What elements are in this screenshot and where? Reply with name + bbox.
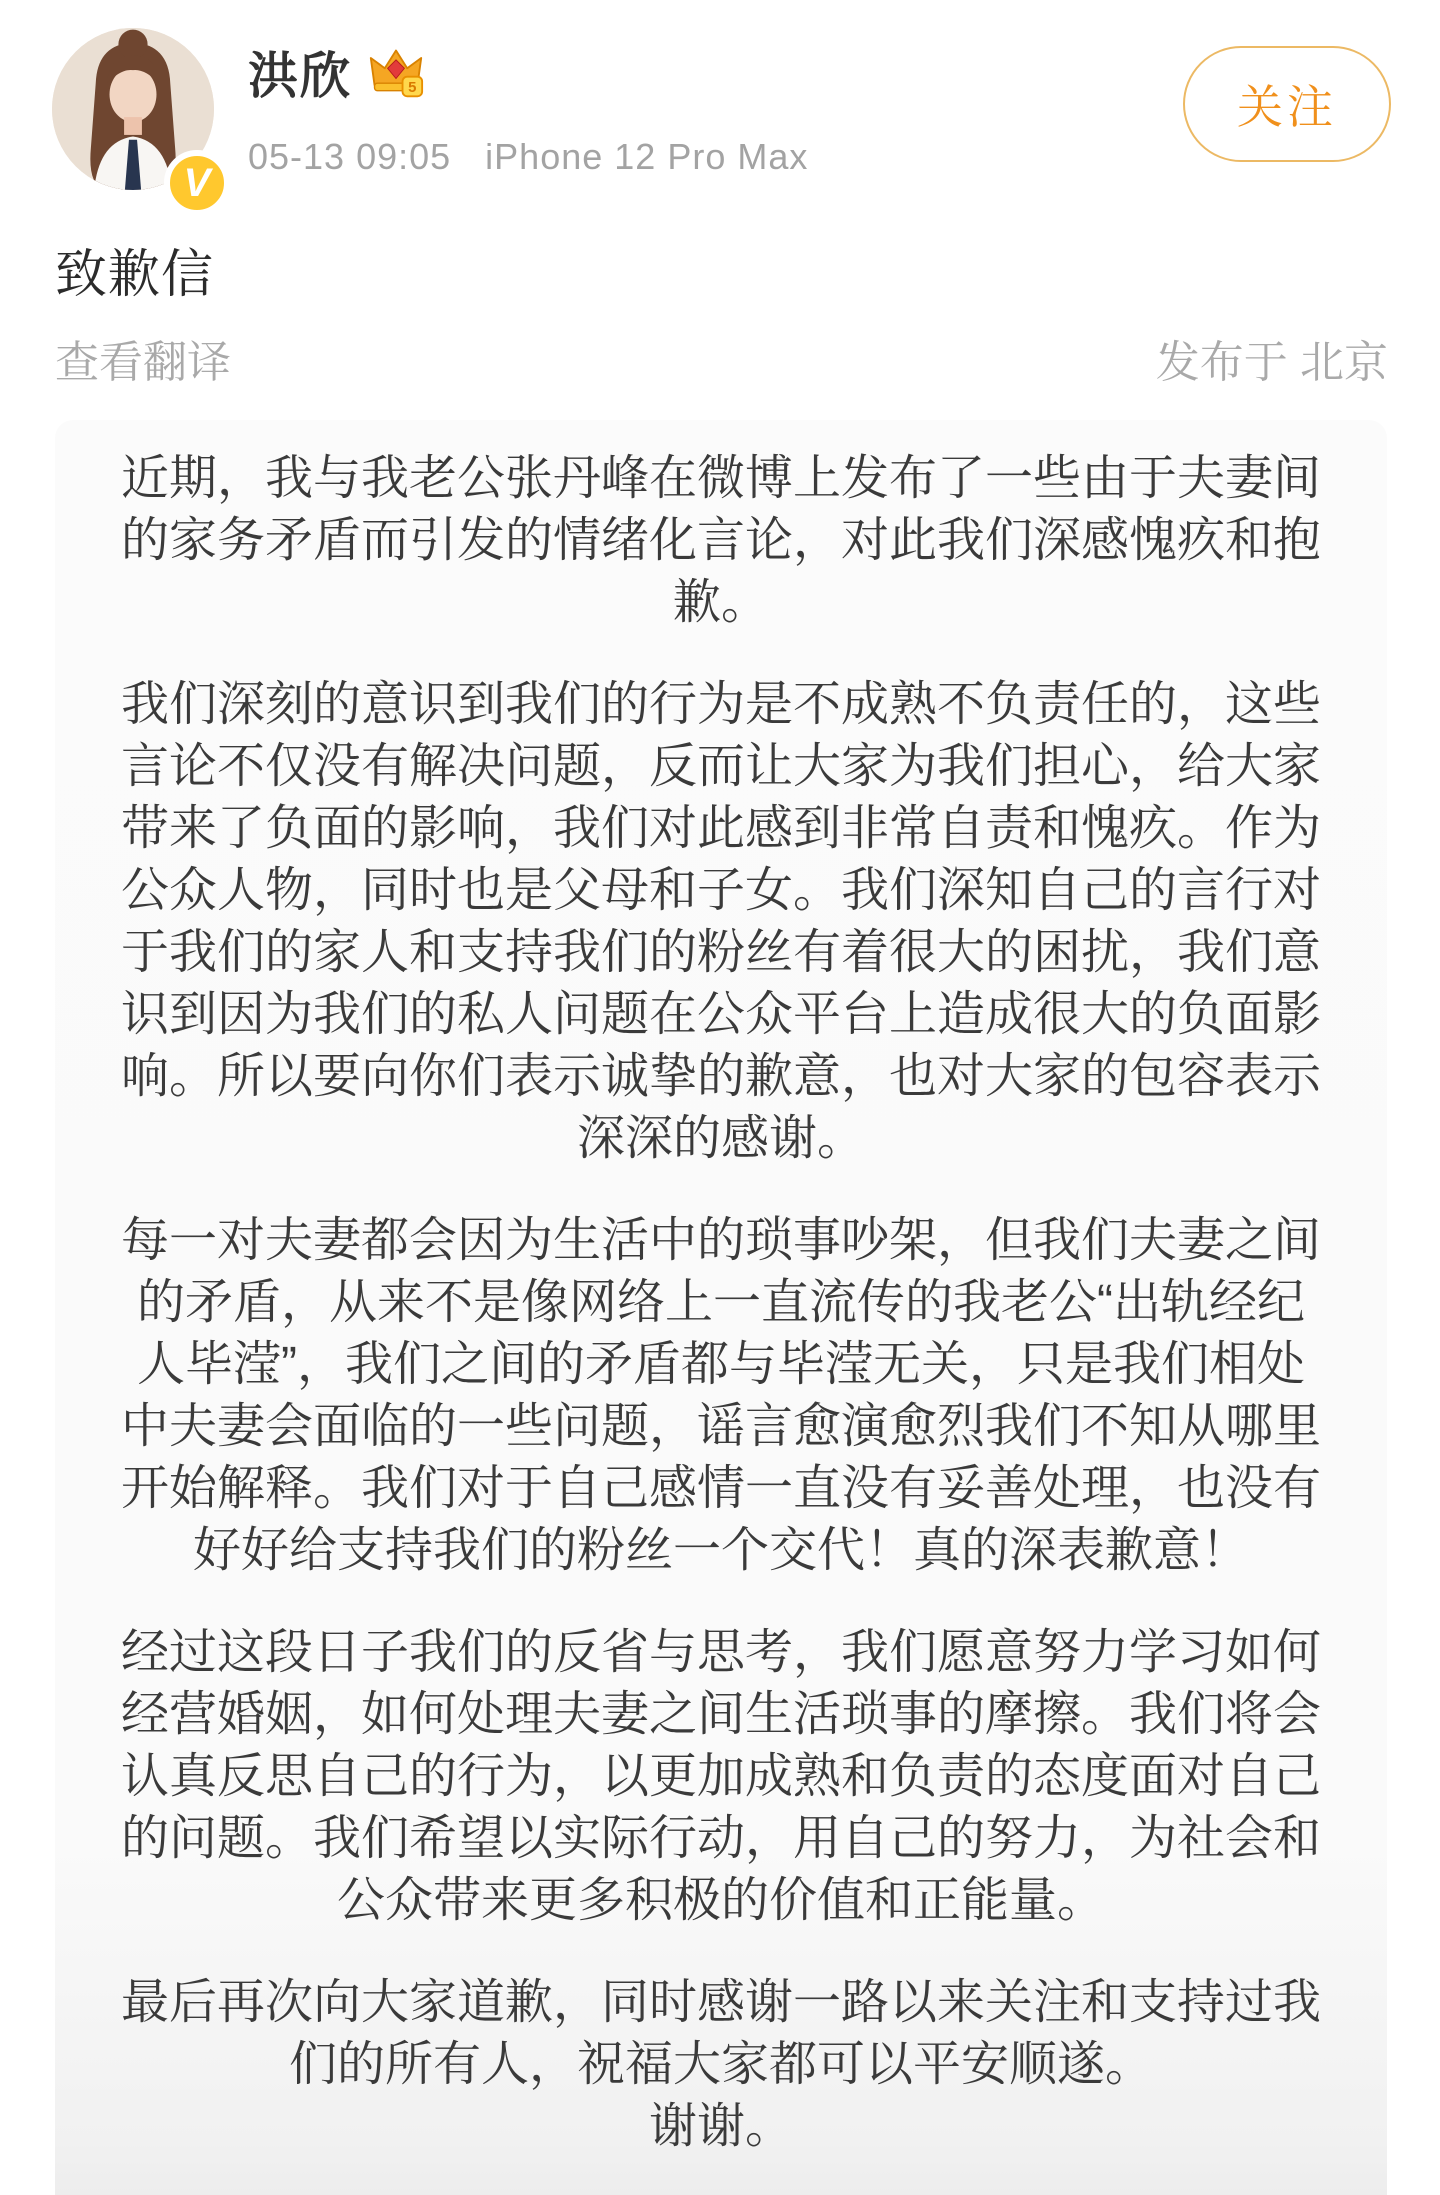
post-meta: 05-13 09:05iPhone 12 Pro Max [248, 136, 808, 178]
letter-line: 经过这段日子我们的反省与思考，我们愿意努力学习如何 [113, 1622, 1329, 1684]
letter-paragraph: 近期，我与我老公张丹峰在微博上发布了一些由于夫妻间的家务矛盾而引发的情绪化言论，… [113, 448, 1329, 634]
letter-line: 的家务矛盾而引发的情绪化言论，对此我们深感愧疚和抱 [113, 510, 1329, 572]
letter-paragraph: 经过这段日子我们的反省与思考，我们愿意努力学习如何经营婚姻，如何处理夫妻之间生活… [113, 1622, 1329, 1932]
letter-line: 于我们的家人和支持我们的粉丝有着很大的困扰，我们意 [113, 922, 1329, 984]
publish-location[interactable]: 发布于 北京 [1156, 326, 1388, 390]
avatar[interactable]: V [52, 28, 214, 190]
follow-button[interactable]: 关注 [1183, 46, 1391, 162]
letter-line: 最后再次向大家道歉，同时感谢一路以来关注和支持过我 [113, 1972, 1329, 2034]
letter-line: 的问题。我们希望以实际行动，用自己的努力，为社会和 [113, 1808, 1329, 1870]
letter-line: 好好给支持我们的粉丝一个交代！真的深表歉意！ [113, 1520, 1329, 1582]
post-device: iPhone 12 Pro Max [485, 136, 808, 177]
letter-line: 公众人物，同时也是父母和子女。我们深知自己的言行对 [113, 860, 1329, 922]
letter-paragraph: 最后再次向大家道歉，同时感谢一路以来关注和支持过我们的所有人，祝福大家都可以平安… [113, 1972, 1329, 2158]
vip-level-number: 5 [408, 79, 416, 96]
letter-line: 带来了负面的影响，我们对此感到非常自责和愧疚。作为 [113, 798, 1329, 860]
letter-line: 中夫妻会面临的一些问题，谣言愈演愈烈我们不知从哪里 [113, 1396, 1329, 1458]
translate-link[interactable]: 查看翻译 [55, 326, 231, 390]
letter-line: 歉。 [113, 572, 1329, 634]
letter-line: 公众带来更多积极的价值和正能量。 [113, 1870, 1329, 1932]
letter-line: 认真反思自己的行为，以更加成熟和负责的态度面对自己 [113, 1746, 1329, 1808]
vip-crown-icon: 5 [368, 45, 424, 99]
post-time: 05-13 09:05 [248, 136, 451, 177]
letter-line: 人毕滢”，我们之间的矛盾都与毕滢无关，只是我们相处 [113, 1334, 1329, 1396]
letter-line: 每一对夫妻都会因为生活中的琐事吵架，但我们夫妻之间 [113, 1210, 1329, 1272]
weibo-post: V 洪欣 5 05-13 09:05iPhone 12 Pro Max 关注 致… [0, 0, 1440, 2195]
post-title: 致歉信 [55, 232, 214, 307]
letter-line: 近期，我与我老公张丹峰在微博上发布了一些由于夫妻间 [113, 448, 1329, 510]
letter-line: 们的所有人，祝福大家都可以平安顺遂。 [113, 2034, 1329, 2096]
letter-line: 谢谢。 [113, 2096, 1329, 2158]
letter-line: 的矛盾，从来不是像网络上一直流传的我老公“出轨经纪 [113, 1272, 1329, 1334]
letter-line: 言论不仅没有解决问题，反而让大家为我们担心，给大家 [113, 736, 1329, 798]
letter-paragraph: 每一对夫妻都会因为生活中的琐事吵架，但我们夫妻之间的矛盾，从来不是像网络上一直流… [113, 1210, 1329, 1582]
letter-image[interactable]: 近期，我与我老公张丹峰在微博上发布了一些由于夫妻间的家务矛盾而引发的情绪化言论，… [55, 420, 1387, 2195]
letter-line: 识到因为我们的私人问题在公众平台上造成很大的负面影 [113, 984, 1329, 1046]
username[interactable]: 洪欣 [248, 36, 352, 108]
letter-line: 我们深刻的意识到我们的行为是不成熟不负责任的，这些 [113, 674, 1329, 736]
letter-line: 开始解释。我们对于自己感情一直没有妥善处理，也没有 [113, 1458, 1329, 1520]
verified-badge-icon: V [164, 150, 230, 216]
letter-line: 响。所以要向你们表示诚挚的歉意，也对大家的包容表示 [113, 1046, 1329, 1108]
letter-paragraph: 我们深刻的意识到我们的行为是不成熟不负责任的，这些言论不仅没有解决问题，反而让大… [113, 674, 1329, 1170]
user-info: 洪欣 5 05-13 09:05iPhone 12 Pro Max [248, 40, 808, 178]
letter-content: 近期，我与我老公张丹峰在微博上发布了一些由于夫妻间的家务矛盾而引发的情绪化言论，… [55, 420, 1387, 2158]
post-sub-row: 查看翻译 发布于 北京 [55, 326, 1388, 390]
letter-line: 深深的感谢。 [113, 1108, 1329, 1170]
letter-line: 经营婚姻，如何处理夫妻之间生活琐事的摩擦。我们将会 [113, 1684, 1329, 1746]
